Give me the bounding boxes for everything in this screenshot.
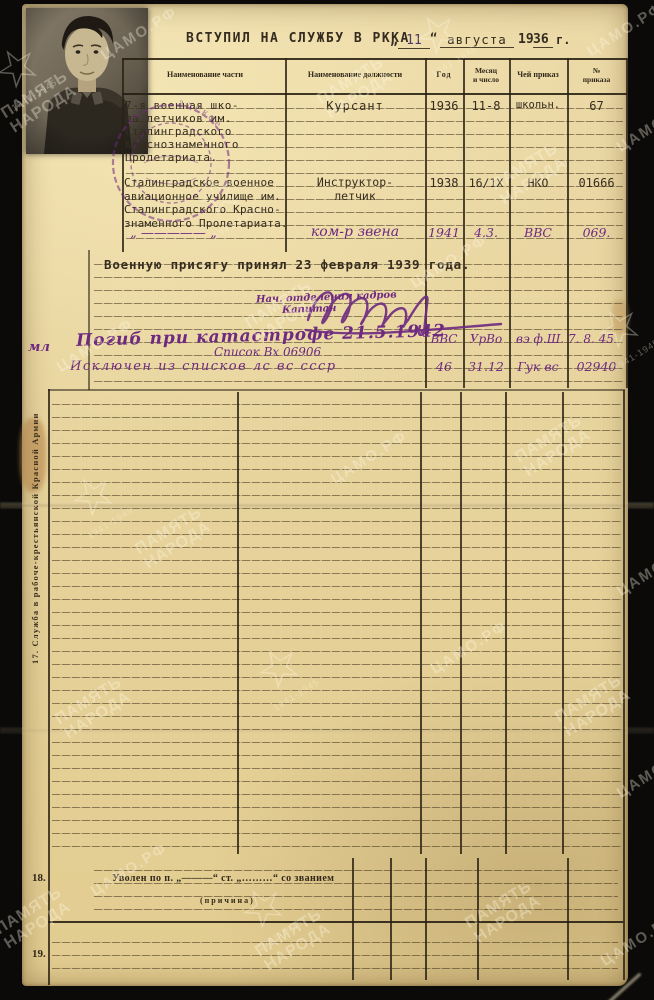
row2-order-no: 01666 <box>568 176 625 190</box>
excluded-year: 46 <box>426 359 462 374</box>
bottom-col-divider <box>567 858 569 980</box>
col-header-date: Месяц и число <box>464 66 508 84</box>
death-cell-1: ВВС <box>426 332 462 346</box>
row3-order-no: 069. <box>568 225 625 240</box>
scanned-service-record: ВСТУПИЛ НА СЛУЖБУ В РККА „ 11 “ августа … <box>0 0 654 1000</box>
row1-order-by: школьн. <box>510 99 566 111</box>
row2-position: Инструктор-летчик <box>288 176 422 203</box>
row1-position: Курсант <box>288 99 422 113</box>
excluded-order-no: 02940 <box>568 359 625 374</box>
oath-statement: Военную присягу принял 23 февраля 1939 г… <box>104 257 470 272</box>
bottom-heavy-divider <box>48 921 623 923</box>
bottom-col-divider <box>352 858 354 980</box>
item-19-number: 19. <box>32 948 46 960</box>
mid-col-divider <box>237 392 239 854</box>
bottom-col-divider <box>477 858 479 980</box>
table-top-border <box>122 58 627 60</box>
row3-date: 4.3. <box>464 225 508 240</box>
ruled-lines <box>52 930 618 978</box>
enlist-year: 36 <box>533 32 553 48</box>
mid-col-divider <box>460 392 462 854</box>
table-border-right <box>626 58 628 388</box>
discharge-clause: Уволен по п. „———“ ст. „………“ со званием <box>112 873 334 884</box>
col-header-year: Год <box>426 70 462 79</box>
incoming-list-note: Список Вх 06906 <box>214 345 321 359</box>
round-ink-stamp: адское <box>96 88 246 238</box>
close-quote: “ <box>430 31 437 45</box>
row3-position: ком-р звена <box>288 224 422 240</box>
col-header-order-by: Чей приказ <box>510 70 566 79</box>
year-suffix: г. <box>556 33 570 47</box>
excluded-date: 31.12 <box>464 359 508 374</box>
margin-section-label: 17. Служба в рабоче-крестьянской Красной… <box>30 328 40 664</box>
mid-col-divider <box>505 392 507 854</box>
svg-text:адское: адское <box>178 96 226 131</box>
row1-year: 1936 <box>426 99 462 113</box>
ruled-lines <box>94 858 618 918</box>
year-prefix: 19 <box>518 32 534 47</box>
death-cell-3: вэ ф.Ш. 7. 8. 45 <box>516 332 614 346</box>
row3-order-by: ВВС <box>510 225 566 240</box>
mid-col-divider <box>420 392 422 854</box>
row3-year: 1941 <box>426 225 462 240</box>
mid-table-top <box>48 389 625 391</box>
enlist-month: августа <box>440 32 514 48</box>
open-quote: „ <box>390 33 398 48</box>
row1-order-no: 67 <box>568 99 625 113</box>
bottom-col-divider <box>425 858 427 980</box>
row2-year: 1938 <box>426 176 462 190</box>
row2-date: 16/1X <box>464 176 508 190</box>
mid-table-left <box>48 389 50 985</box>
col-header-unit: Наименование части <box>128 70 282 79</box>
ruled-lines <box>52 392 622 852</box>
item-18-number: 18. <box>32 872 46 884</box>
mid-col-divider <box>562 392 564 854</box>
mid-table-right <box>623 390 625 980</box>
col-header-order-no: № приказа <box>568 66 625 84</box>
bottom-col-divider <box>390 858 392 980</box>
margin-handwritten-note: мл <box>28 340 50 355</box>
col-header-position: Наименование должности <box>288 70 422 79</box>
enlist-day: 11 <box>398 33 430 49</box>
excluded-note: Исключен из списков лс вс ссср <box>70 359 337 374</box>
row1-date: 11-8 <box>464 99 508 113</box>
row2-order-by: НКО <box>510 176 566 190</box>
reason-label: (причина) <box>200 896 255 905</box>
death-cell-2: УрВо <box>464 332 508 346</box>
excluded-order-by: Гук вс <box>510 359 566 374</box>
form-title: ВСТУПИЛ НА СЛУЖБУ В РККА <box>186 31 410 46</box>
